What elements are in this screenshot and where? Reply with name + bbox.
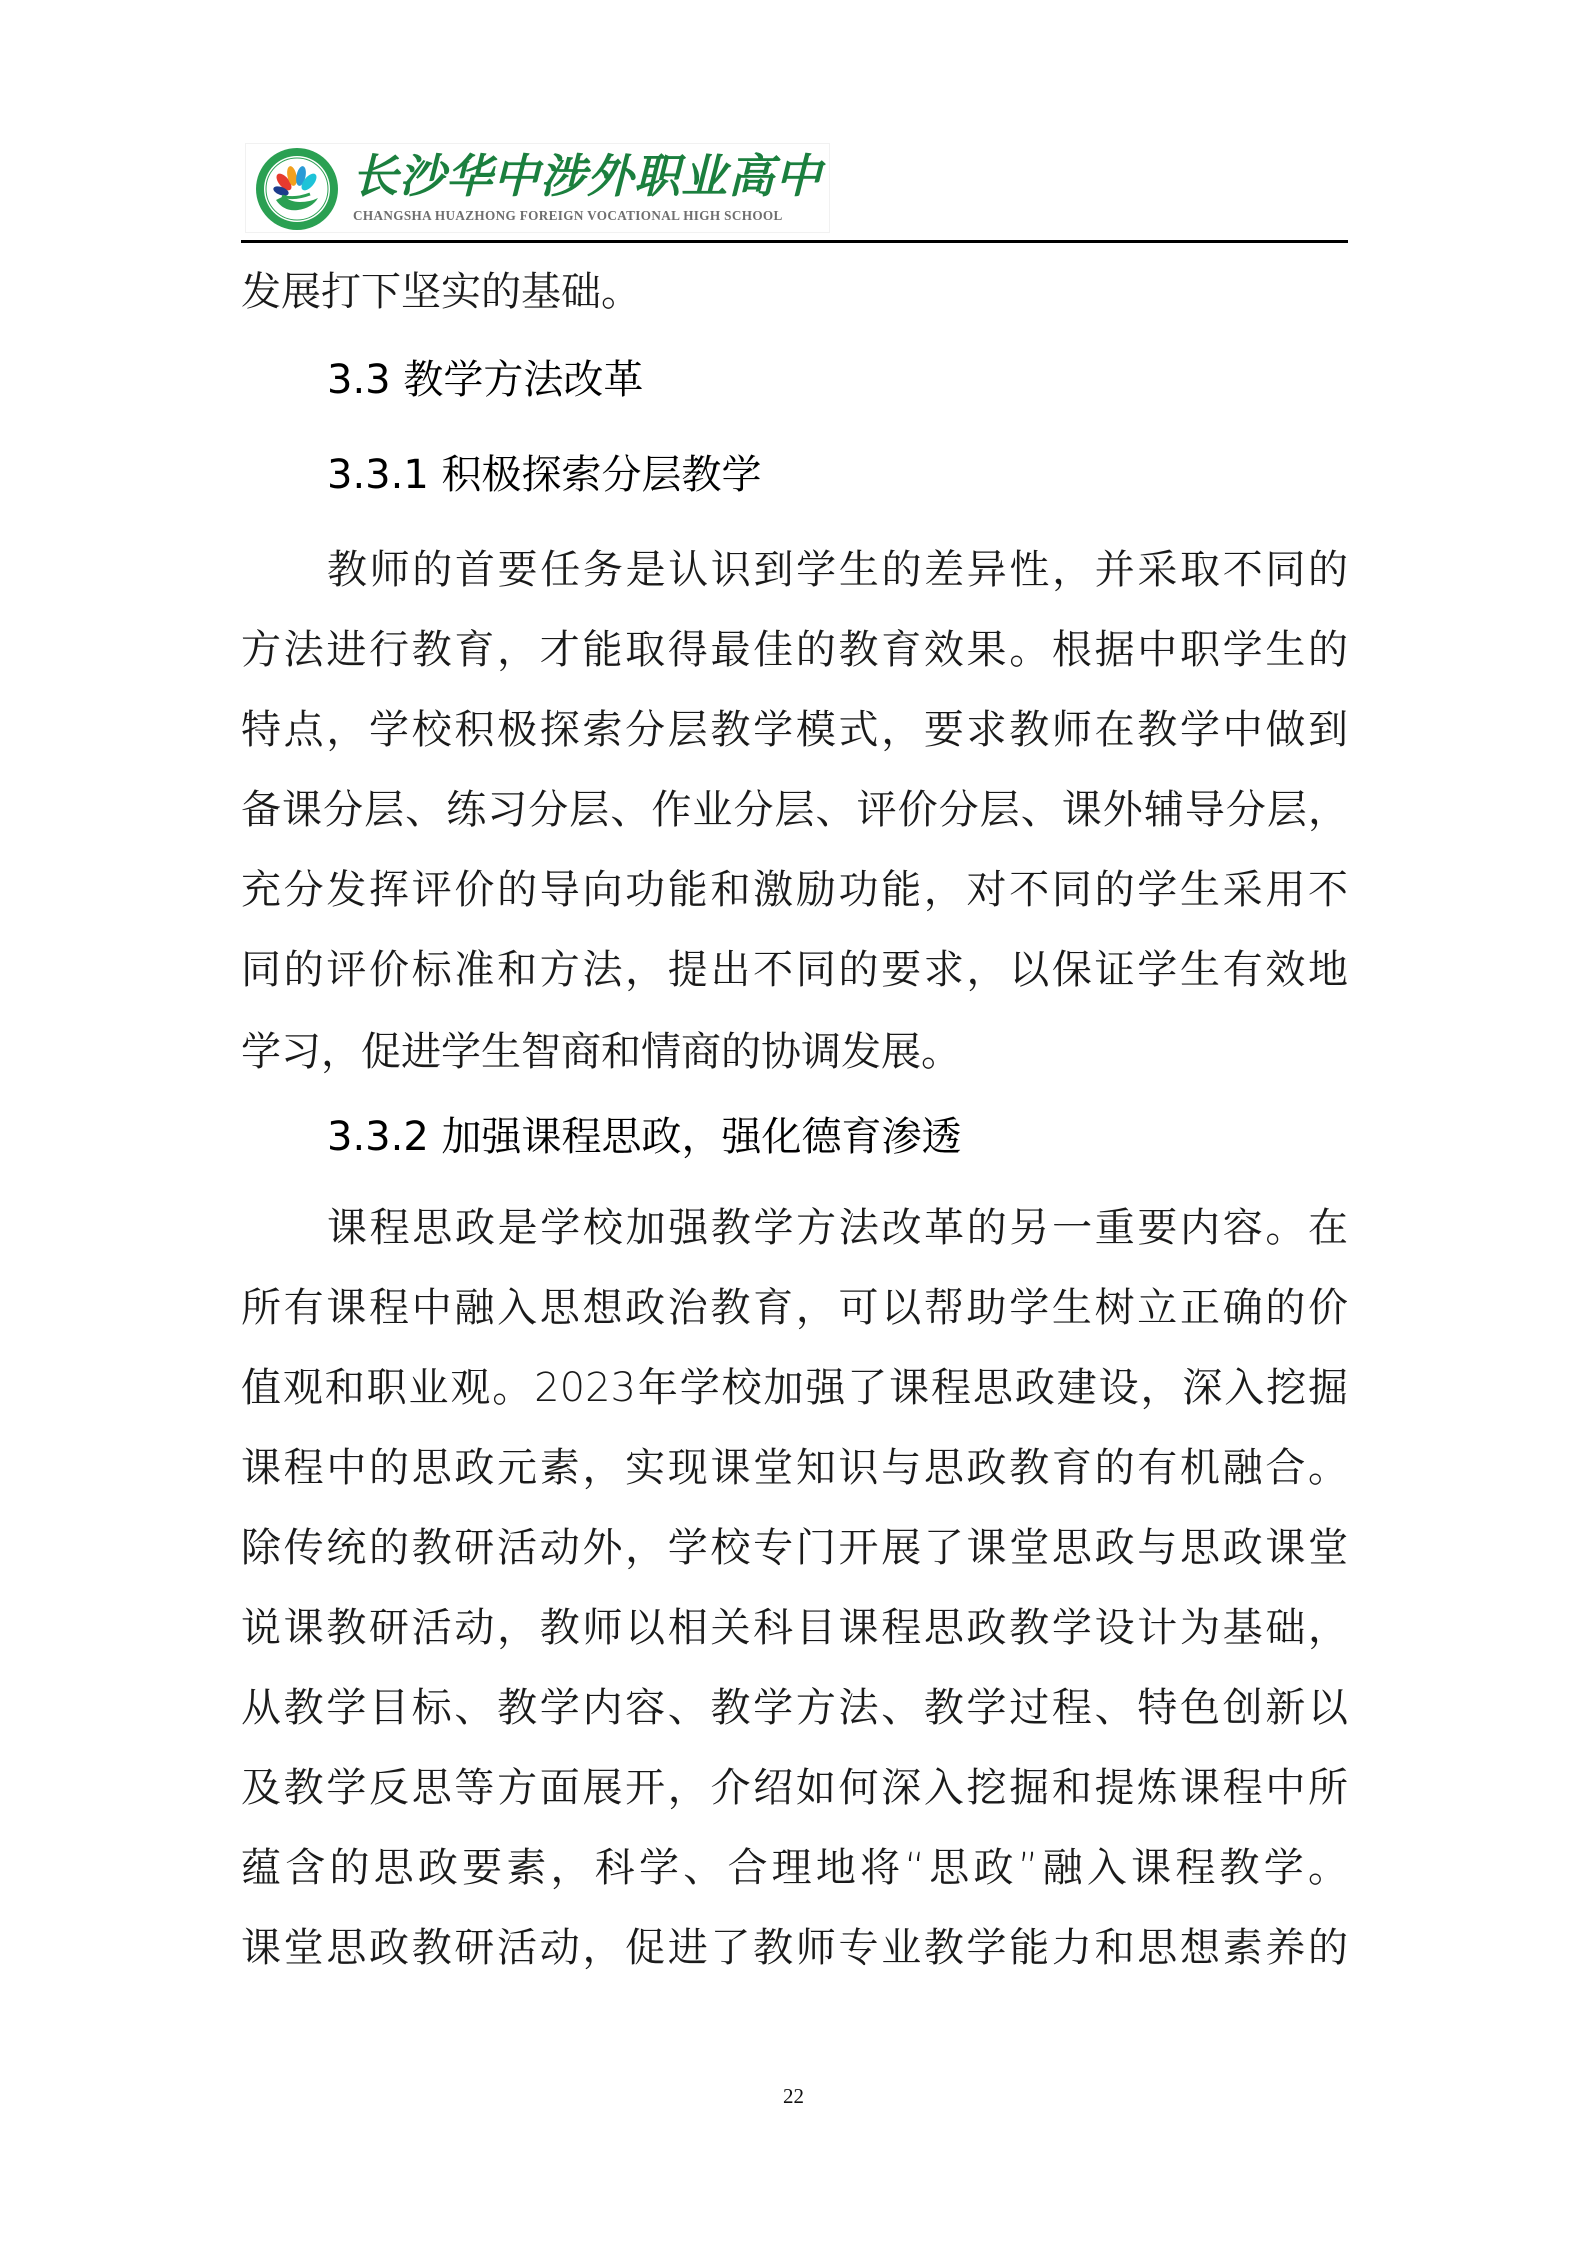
paragraph-line: 备课分层、练习分层、作业分层、评价分层、课外辅导分层， <box>241 788 1348 832</box>
paragraph-line: 方法进行教育，才能取得最佳的教育效果。根据中职学生的 <box>241 628 1348 672</box>
subsection-heading-3-3-2: 3.3.2 加强课程思政，强化德育渗透 <box>241 1115 1348 1159</box>
paragraph-line: 充分发挥评价的导向功能和激励功能，对不同的学生采用不 <box>241 868 1348 912</box>
header-divider <box>241 240 1348 243</box>
paragraph-line: 从教学目标、教学内容、教学方法、教学过程、特色创新以 <box>241 1686 1348 1730</box>
section-heading-3-3: 3.3 教学方法改革 <box>241 358 1348 402</box>
school-emblem-icon <box>254 146 340 232</box>
paragraph-line: 课程思政是学校加强教学方法改革的另一重要内容。在 <box>241 1206 1348 1250</box>
page-number: 22 <box>0 2084 1587 2109</box>
paragraph-line: 所有课程中融入思想政治教育，可以帮助学生树立正确的价 <box>241 1286 1348 1330</box>
paragraph-line: 课程中的思政元素，实现课堂知识与思政教育的有机融合。 <box>241 1446 1348 1490</box>
paragraph-line: 说课教研活动，教师以相关科目课程思政教学设计为基础， <box>241 1606 1348 1650</box>
paragraph-line: 同的评价标准和方法，提出不同的要求，以保证学生有效地 <box>241 948 1348 992</box>
school-name-chinese: 长沙华中涉外职业高中 <box>352 148 822 204</box>
paragraph-line: 特点，学校积极探索分层教学模式，要求教师在教学中做到 <box>241 708 1348 752</box>
school-name-english: CHANGSHA HUAZHONG FOREIGN VOCATIONAL HIG… <box>353 209 783 223</box>
paragraph-line: 课堂思政教研活动，促进了教师专业教学能力和思想素养的 <box>241 1926 1348 1970</box>
paragraph-line: 学习，促进学生智商和情商的协调发展。 <box>241 1030 1348 1074</box>
paragraph-line: 值观和职业观。2023年学校加强了课程思政建设，深入挖掘 <box>241 1366 1348 1410</box>
subsection-heading-3-3-1: 3.3.1 积极探索分层教学 <box>241 453 1348 497</box>
paragraph-line: 蕴含的思政要素，科学、合理地将“思政”融入课程教学。 <box>241 1846 1348 1890</box>
paragraph-line: 教师的首要任务是认识到学生的差异性，并采取不同的 <box>241 548 1348 592</box>
school-logo-banner: 长沙华中涉外职业高中 CHANGSHA HUAZHONG FOREIGN VOC… <box>245 143 830 233</box>
carryover-paragraph-line: 发展打下坚实的基础。 <box>241 270 1348 314</box>
paragraph-line: 及教学反思等方面展开，介绍如何深入挖掘和提炼课程中所 <box>241 1766 1348 1810</box>
paragraph-line: 除传统的教研活动外，学校专门开展了课堂思政与思政课堂 <box>241 1526 1348 1570</box>
